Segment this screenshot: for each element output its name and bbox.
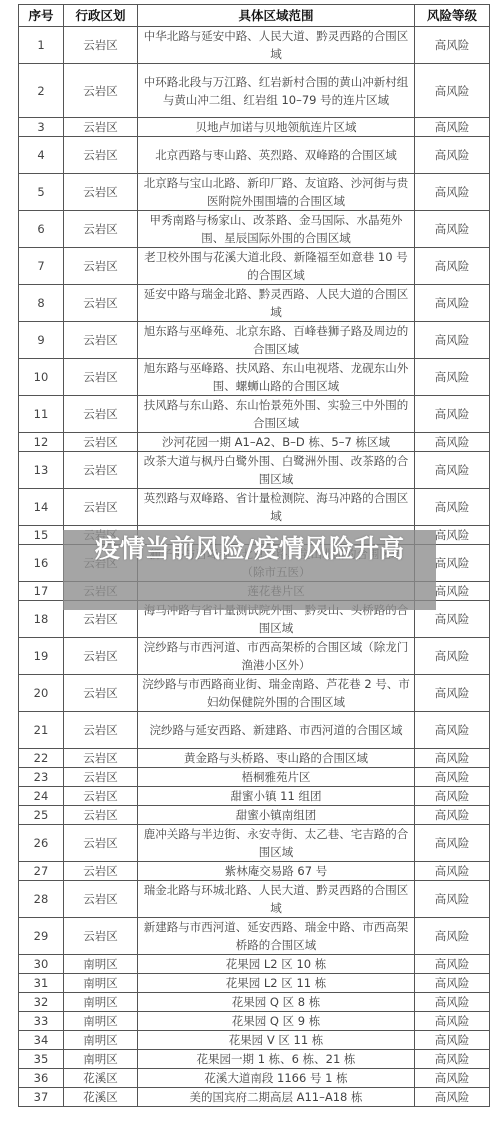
cell-serial-no: 4 [19,137,64,174]
cell-area-scope: 沙河花园一期 A1–A2、B–D 栋、5–7 栋区域 [138,433,415,452]
cell-risk-level: 高风险 [415,137,490,174]
cell-district: 云岩区 [64,359,138,396]
cell-risk-level: 高风险 [415,285,490,322]
cell-serial-no: 5 [19,174,64,211]
table-row: 10云岩区旭东路与巫峰路、扶风路、东山电视塔、龙砚东山外围、螺蛳山路的合围区域高… [19,359,490,396]
cell-risk-level: 高风险 [415,993,490,1012]
cell-district: 花溪区 [64,1088,138,1107]
table-row: 27云岩区紫林庵交易路 67 号高风险 [19,862,490,881]
cell-district: 云岩区 [64,675,138,712]
cell-risk-level: 高风险 [415,211,490,248]
cell-risk-level: 高风险 [415,638,490,675]
cell-serial-no: 11 [19,396,64,433]
cell-area-scope: 甜蜜小镇 11 组团 [138,787,415,806]
table-row: 35南明区花果园一期 1 栋、6 栋、21 栋高风险 [19,1050,490,1069]
table-row: 7云岩区老卫校外围与花溪大道北段、新隆福至如意巷 10 号的合围区域高风险 [19,248,490,285]
cell-area-scope: 贝地卢加诺与贝地领航连片区域 [138,118,415,137]
table-row: 26云岩区鹿冲关路与半边街、永安寺街、太乙巷、宅吉路的合围区域高风险 [19,825,490,862]
cell-area-scope: 中环路北段与万江路、红岩新村合围的黄山冲新村组与黄山冲二组、红岩组 10–79 … [138,64,415,118]
table-row: 32南明区花果园 Q 区 8 栋高风险 [19,993,490,1012]
table-row: 12云岩区沙河花园一期 A1–A2、B–D 栋、5–7 栋区域高风险 [19,433,490,452]
table-row: 28云岩区瑞金北路与环城北路、人民大道、黔灵西路的合围区域高风险 [19,881,490,918]
cell-risk-level: 高风险 [415,359,490,396]
cell-serial-no: 29 [19,918,64,955]
cell-area-scope: 花果园 Q 区 9 栋 [138,1012,415,1031]
cell-risk-level: 高风险 [415,974,490,993]
cell-risk-level: 高风险 [415,452,490,489]
table-row: 25云岩区甜蜜小镇南组团高风险 [19,806,490,825]
cell-serial-no: 6 [19,211,64,248]
cell-serial-no: 9 [19,322,64,359]
cell-serial-no: 2 [19,64,64,118]
cell-risk-level: 高风险 [415,1088,490,1107]
cell-district: 云岩区 [64,174,138,211]
cell-district: 云岩区 [64,787,138,806]
cell-risk-level: 高风险 [415,27,490,64]
cell-area-scope: 花果园 V 区 11 栋 [138,1031,415,1050]
table-row: 2云岩区中环路北段与万江路、红岩新村合围的黄山冲新村组与黄山冲二组、红岩组 10… [19,64,490,118]
cell-risk-level: 高风险 [415,118,490,137]
cell-district: 云岩区 [64,806,138,825]
cell-district: 云岩区 [64,248,138,285]
table-row: 36花溪区花溪大道南段 1166 号 1 栋高风险 [19,1069,490,1088]
cell-area-scope: 花果园 L2 区 11 栋 [138,974,415,993]
table-row: 19云岩区浣纱路与市西河道、市西高架桥的合围区域（除龙门渔港小区外）高风险 [19,638,490,675]
table-row: 11云岩区扶风路与东山路、东山怡景苑外围、实验三中外围的合围区域高风险 [19,396,490,433]
cell-serial-no: 10 [19,359,64,396]
cell-risk-level: 高风险 [415,787,490,806]
cell-area-scope: 旭东路与巫峰苑、北京东路、百峰巷狮子路及周边的合围区域 [138,322,415,359]
table-row: 4云岩区北京西路与枣山路、英烈路、双峰路的合围区域高风险 [19,137,490,174]
cell-district: 云岩区 [64,396,138,433]
cell-area-scope: 花溪大道南段 1166 号 1 栋 [138,1069,415,1088]
cell-area-scope: 瑞金北路与环城北路、人民大道、黔灵西路的合围区域 [138,881,415,918]
cell-serial-no: 27 [19,862,64,881]
cell-risk-level: 高风险 [415,174,490,211]
cell-district: 云岩区 [64,433,138,452]
cell-risk-level: 高风险 [415,248,490,285]
cell-risk-level: 高风险 [415,768,490,787]
cell-area-scope: 浣纱路与延安西路、新建路、市西河道的合围区域 [138,712,415,749]
cell-serial-no: 13 [19,452,64,489]
cell-serial-no: 7 [19,248,64,285]
cell-serial-no: 37 [19,1088,64,1107]
overlay-title: 疫情当前风险/疫情风险升高 [63,534,436,564]
table-row: 6云岩区甲秀南路与杨家山、改茶路、金马国际、水晶苑外围、星辰国际外围的合围区域高… [19,211,490,248]
cell-district: 云岩区 [64,211,138,248]
table-row: 5云岩区北京路与宝山北路、新印厂路、友谊路、沙河街与贵医附院外围围墙的合围区域高… [19,174,490,211]
header-risk-level: 风险等级 [415,5,490,27]
cell-serial-no: 1 [19,27,64,64]
cell-district: 云岩区 [64,27,138,64]
cell-serial-no: 22 [19,749,64,768]
cell-area-scope: 鹿冲关路与半边街、永安寺街、太乙巷、宅吉路的合围区域 [138,825,415,862]
table-row: 23云岩区梧桐雅苑片区高风险 [19,768,490,787]
cell-district: 云岩区 [64,489,138,526]
table-row: 34南明区花果园 V 区 11 栋高风险 [19,1031,490,1050]
cell-district: 云岩区 [64,285,138,322]
table-row: 30南明区花果园 L2 区 10 栋高风险 [19,955,490,974]
cell-serial-no: 14 [19,489,64,526]
cell-area-scope: 改茶大道与枫丹白鹭外围、白鹭洲外围、改茶路的合围区域 [138,452,415,489]
cell-serial-no: 32 [19,993,64,1012]
table-row: 33南明区花果园 Q 区 9 栋高风险 [19,1012,490,1031]
cell-risk-level: 高风险 [415,918,490,955]
cell-risk-level: 高风险 [415,881,490,918]
table-row: 9云岩区旭东路与巫峰苑、北京东路、百峰巷狮子路及周边的合围区域高风险 [19,322,490,359]
cell-district: 南明区 [64,1012,138,1031]
cell-serial-no: 25 [19,806,64,825]
cell-serial-no: 24 [19,787,64,806]
cell-serial-no: 20 [19,675,64,712]
cell-risk-level: 高风险 [415,712,490,749]
cell-risk-level: 高风险 [415,675,490,712]
cell-area-scope: 花果园 L2 区 10 栋 [138,955,415,974]
table-header-row: 序号 行政区划 具体区域范围 风险等级 [19,5,490,27]
cell-serial-no: 34 [19,1031,64,1050]
cell-district: 云岩区 [64,768,138,787]
cell-district: 南明区 [64,1050,138,1069]
cell-district: 云岩区 [64,918,138,955]
cell-district: 云岩区 [64,825,138,862]
table-row: 22云岩区黄金路与头桥路、枣山路的合围区域高风险 [19,749,490,768]
table-row: 14云岩区英烈路与双峰路、省计量检测院、海马冲路的合围区域高风险 [19,489,490,526]
header-serial-no: 序号 [19,5,64,27]
cell-risk-level: 高风险 [415,1069,490,1088]
cell-district: 云岩区 [64,881,138,918]
cell-district: 云岩区 [64,322,138,359]
table-row: 31南明区花果园 L2 区 11 栋高风险 [19,974,490,993]
cell-risk-level: 高风险 [415,433,490,452]
cell-serial-no: 3 [19,118,64,137]
cell-district: 南明区 [64,993,138,1012]
cell-area-scope: 延安中路与瑞金北路、黔灵西路、人民大道的合围区域 [138,285,415,322]
header-area-scope: 具体区域范围 [138,5,415,27]
cell-serial-no: 15 [19,526,64,545]
cell-district: 云岩区 [64,118,138,137]
cell-serial-no: 33 [19,1012,64,1031]
cell-serial-no: 19 [19,638,64,675]
cell-district: 南明区 [64,1031,138,1050]
cell-risk-level: 高风险 [415,322,490,359]
cell-area-scope: 北京路与宝山北路、新印厂路、友谊路、沙河街与贵医附院外围围墙的合围区域 [138,174,415,211]
table-row: 3云岩区贝地卢加诺与贝地领航连片区域高风险 [19,118,490,137]
cell-risk-level: 高风险 [415,862,490,881]
cell-area-scope: 旭东路与巫峰路、扶风路、东山电视塔、龙砚东山外围、螺蛳山路的合围区域 [138,359,415,396]
cell-serial-no: 17 [19,582,64,601]
cell-area-scope: 扶风路与东山路、东山怡景苑外围、实验三中外围的合围区域 [138,396,415,433]
cell-risk-level: 高风险 [415,396,490,433]
cell-district: 花溪区 [64,1069,138,1088]
cell-risk-level: 高风险 [415,64,490,118]
header-district: 行政区划 [64,5,138,27]
cell-district: 云岩区 [64,749,138,768]
cell-area-scope: 浣纱路与市西河道、市西高架桥的合围区域（除龙门渔港小区外） [138,638,415,675]
table-row: 24云岩区甜蜜小镇 11 组团高风险 [19,787,490,806]
cell-serial-no: 26 [19,825,64,862]
cell-area-scope: 美的国宾府二期高层 A11–A18 栋 [138,1088,415,1107]
cell-area-scope: 中华北路与延安中路、人民大道、黔灵西路的合围区域 [138,27,415,64]
table-row: 8云岩区延安中路与瑞金北路、黔灵西路、人民大道的合围区域高风险 [19,285,490,322]
cell-area-scope: 老卫校外围与花溪大道北段、新隆福至如意巷 10 号的合围区域 [138,248,415,285]
cell-area-scope: 紫林庵交易路 67 号 [138,862,415,881]
cell-district: 云岩区 [64,64,138,118]
cell-serial-no: 30 [19,955,64,974]
cell-serial-no: 12 [19,433,64,452]
table-row: 21云岩区浣纱路与延安西路、新建路、市西河道的合围区域高风险 [19,712,490,749]
cell-area-scope: 黄金路与头桥路、枣山路的合围区域 [138,749,415,768]
cell-area-scope: 新建路与市西河道、延安西路、瑞金中路、市西高架桥路的合围区域 [138,918,415,955]
cell-area-scope: 甜蜜小镇南组团 [138,806,415,825]
table-row: 29云岩区新建路与市西河道、延安西路、瑞金中路、市西高架桥路的合围区域高风险 [19,918,490,955]
cell-risk-level: 高风险 [415,825,490,862]
cell-area-scope: 英烈路与双峰路、省计量检测院、海马冲路的合围区域 [138,489,415,526]
cell-serial-no: 8 [19,285,64,322]
cell-risk-level: 高风险 [415,806,490,825]
cell-serial-no: 16 [19,545,64,582]
cell-risk-level: 高风险 [415,1031,490,1050]
table-row: 13云岩区改茶大道与枫丹白鹭外围、白鹭洲外围、改茶路的合围区域高风险 [19,452,490,489]
cell-serial-no: 18 [19,601,64,638]
cell-serial-no: 31 [19,974,64,993]
cell-district: 南明区 [64,974,138,993]
table-row: 37花溪区美的国宾府二期高层 A11–A18 栋高风险 [19,1088,490,1107]
cell-serial-no: 36 [19,1069,64,1088]
cell-area-scope: 梧桐雅苑片区 [138,768,415,787]
cell-district: 云岩区 [64,712,138,749]
cell-serial-no: 28 [19,881,64,918]
cell-district: 云岩区 [64,452,138,489]
cell-serial-no: 21 [19,712,64,749]
cell-risk-level: 高风险 [415,749,490,768]
cell-serial-no: 35 [19,1050,64,1069]
cell-risk-level: 高风险 [415,489,490,526]
cell-area-scope: 花果园一期 1 栋、6 栋、21 栋 [138,1050,415,1069]
cell-area-scope: 甲秀南路与杨家山、改茶路、金马国际、水晶苑外围、星辰国际外围的合围区域 [138,211,415,248]
cell-district: 云岩区 [64,638,138,675]
cell-area-scope: 浣纱路与市西路商业街、瑞金南路、芦花巷 2 号、市妇幼保健院外围的合围区域 [138,675,415,712]
cell-district: 云岩区 [64,137,138,174]
cell-district: 南明区 [64,955,138,974]
table-row: 20云岩区浣纱路与市西路商业街、瑞金南路、芦花巷 2 号、市妇幼保健院外围的合围… [19,675,490,712]
cell-risk-level: 高风险 [415,1050,490,1069]
cell-risk-level: 高风险 [415,955,490,974]
cell-serial-no: 23 [19,768,64,787]
cell-area-scope: 花果园 Q 区 8 栋 [138,993,415,1012]
cell-risk-level: 高风险 [415,1012,490,1031]
cell-district: 云岩区 [64,862,138,881]
cell-area-scope: 北京西路与枣山路、英烈路、双峰路的合围区域 [138,137,415,174]
table-row: 1云岩区中华北路与延安中路、人民大道、黔灵西路的合围区域高风险 [19,27,490,64]
